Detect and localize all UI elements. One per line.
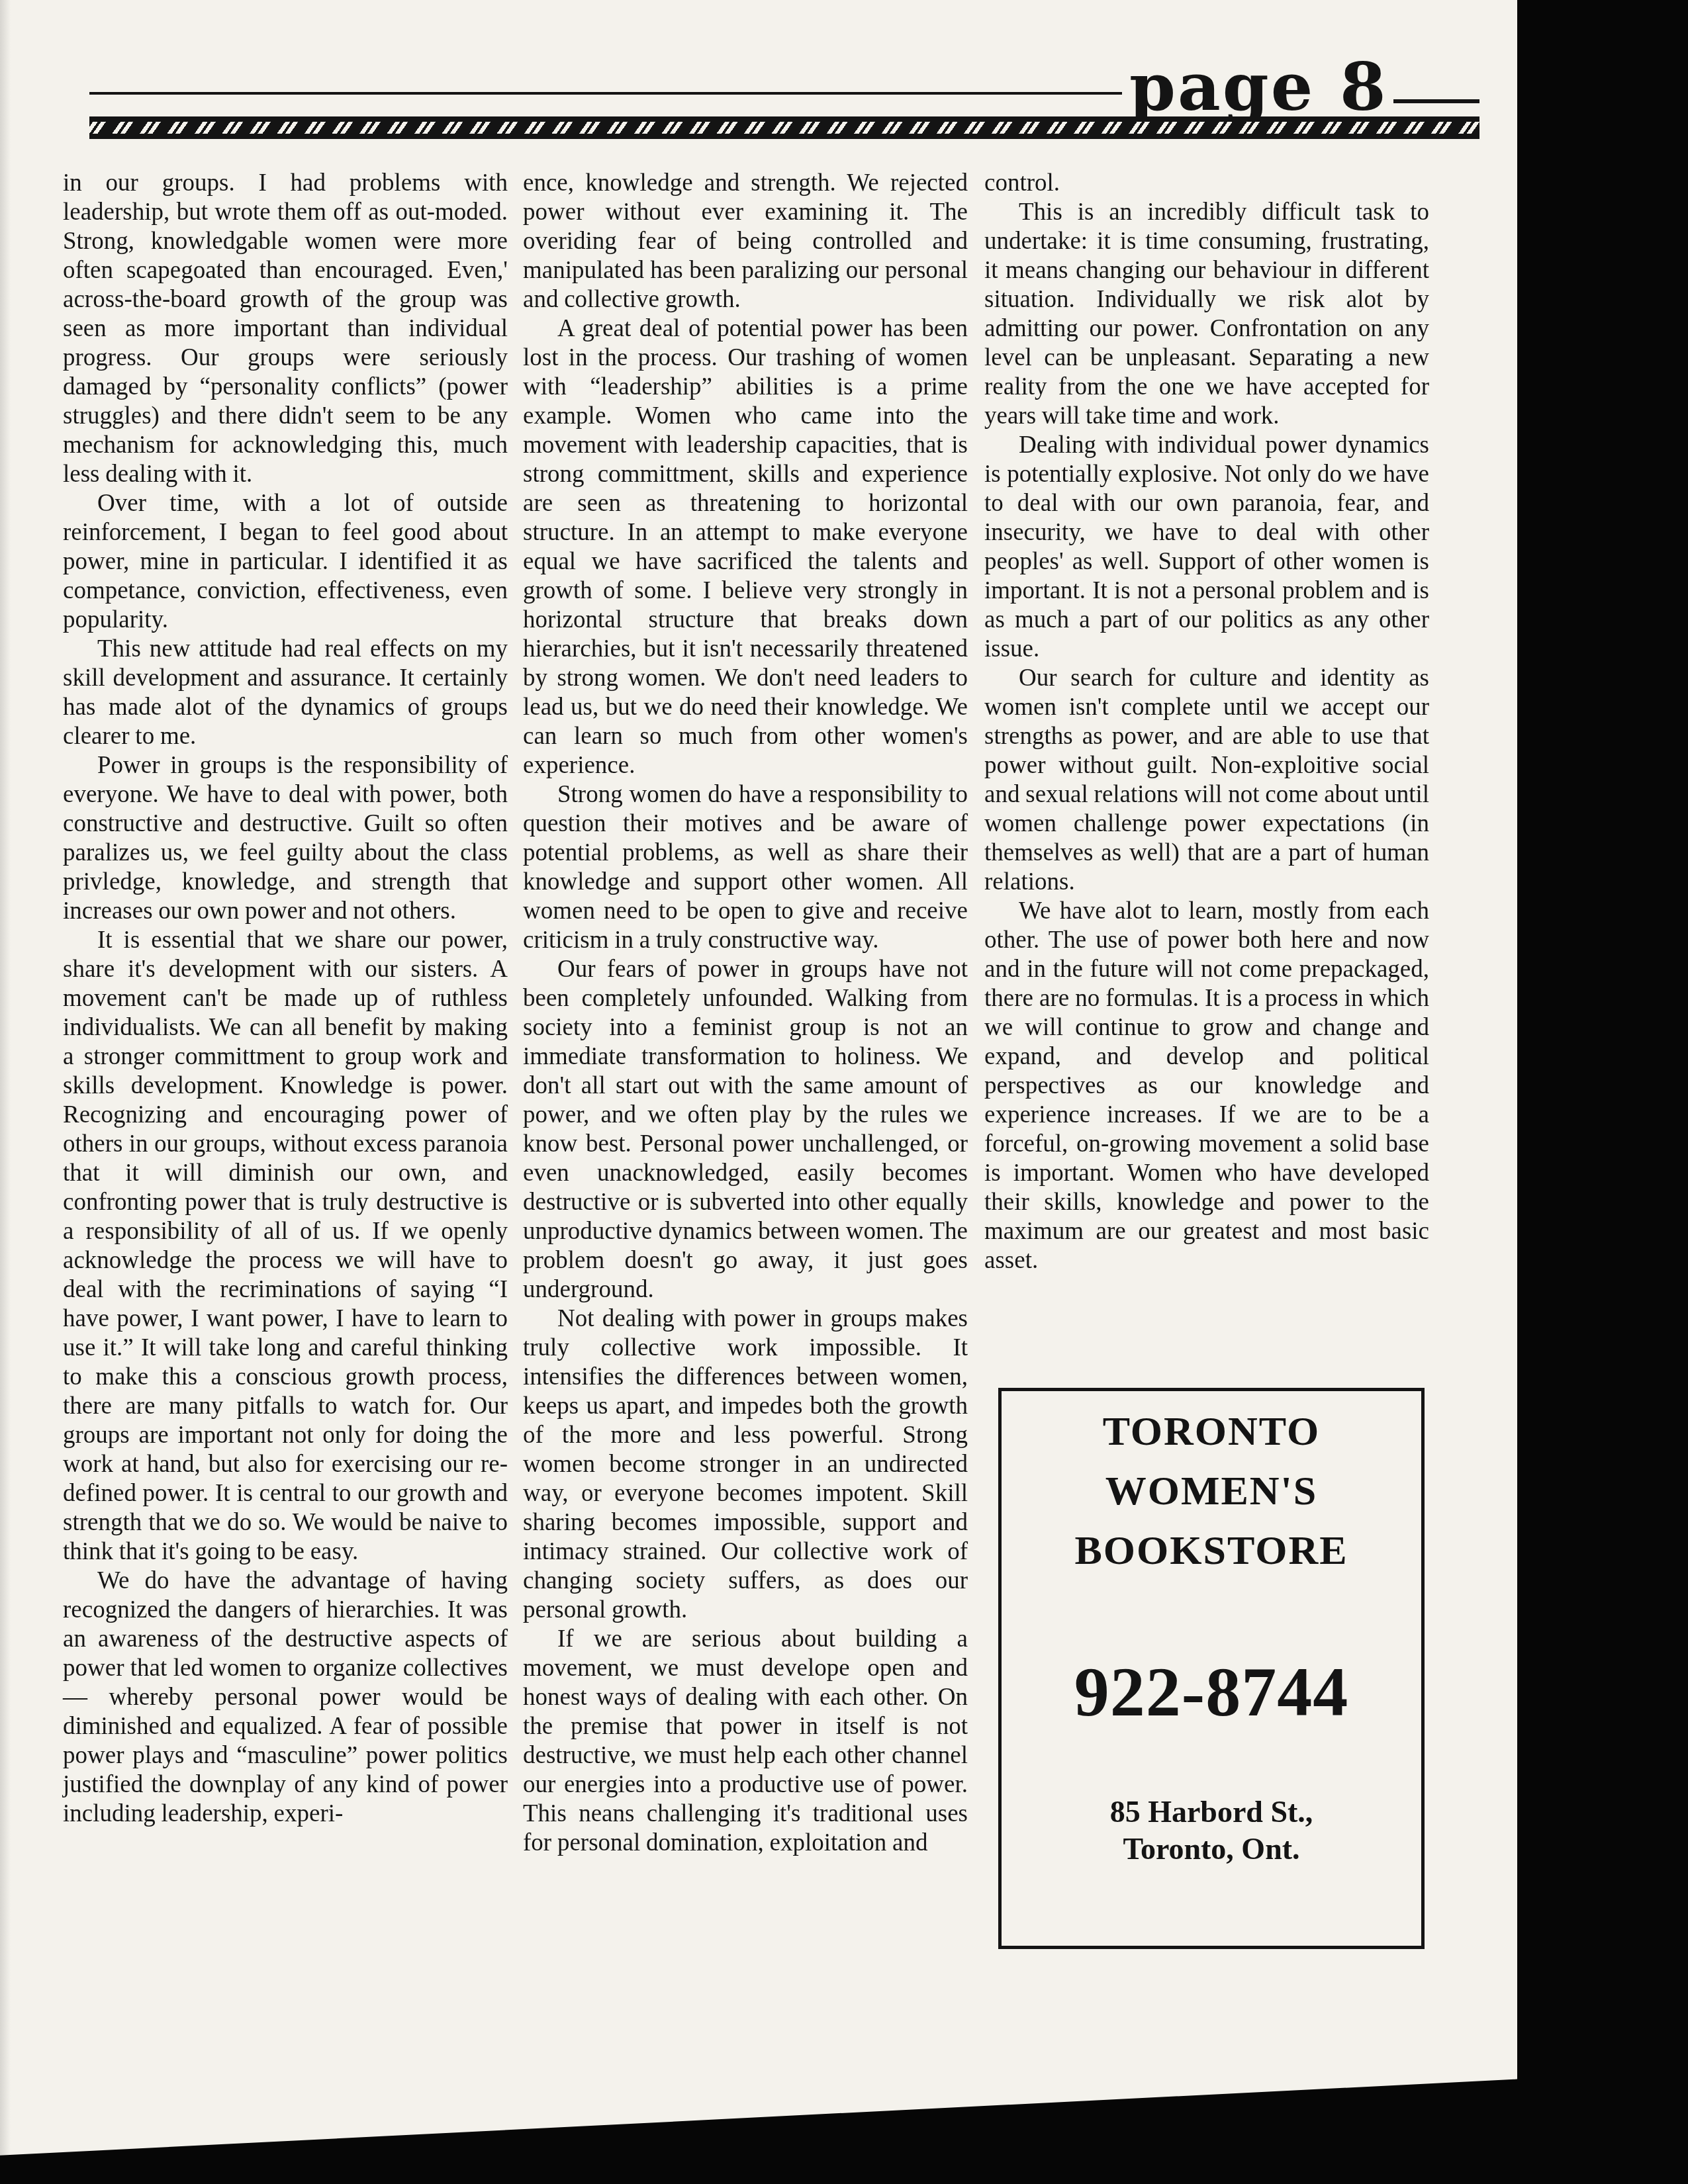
paragraph: This new attitude had real effects on my… [63, 635, 508, 751]
article-column-1: in our groups. I had problems with leade… [63, 169, 508, 1829]
article-column-2: ence, knowledge and strength. We rejecte… [523, 169, 968, 1858]
scan-edge-shade [0, 0, 11, 2184]
bookstore-ad-address-line2: Toronto, Ont. [1002, 1831, 1421, 1868]
paragraph: Dealing with individual power dynamics i… [984, 431, 1429, 664]
paragraph: Power in groups is the responsibility of… [63, 751, 508, 926]
paragraph: Over time, with a lot of outside reinfor… [63, 489, 508, 635]
paragraph: If we are serious about building a movem… [523, 1625, 968, 1858]
bookstore-ad-phone: 922-8744 [1002, 1657, 1421, 1727]
paragraph: control. [984, 169, 1429, 198]
paragraph: It is essential that we share our power,… [63, 926, 508, 1567]
paragraph: We have alot to learn, mostly from each … [984, 897, 1429, 1275]
paragraph: Our fears of power in groups have not be… [523, 955, 968, 1304]
bookstore-ad-address: 85 Harbord St., Toronto, Ont. [1002, 1794, 1421, 1868]
paragraph: TORONTO [1002, 1411, 1421, 1452]
paragraph: This is an incredibly difficult task to … [984, 198, 1429, 431]
paragraph: Our search for culture and identity as w… [984, 664, 1429, 897]
article-column-3: control.This is an incredibly difficult … [984, 169, 1429, 1275]
page-number-label: page 8 [1129, 48, 1388, 126]
paragraph: A great deal of potential power has been… [523, 314, 968, 780]
header-rule-left [89, 92, 1122, 95]
bookstore-ad: TORONTOWOMEN'SBOOKSTORE 922-8744 85 Harb… [998, 1388, 1425, 1949]
paragraph: WOMEN'S [1002, 1471, 1421, 1512]
paragraph: Not dealing with power in groups makes t… [523, 1304, 968, 1625]
bookstore-ad-title: TORONTOWOMEN'SBOOKSTORE [1002, 1391, 1421, 1571]
paragraph: BOOKSTORE [1002, 1530, 1421, 1571]
decorative-rope-border [89, 116, 1479, 139]
paragraph: Strong women do have a responsibility to… [523, 780, 968, 955]
paragraph: in our groups. I had problems with leade… [63, 169, 508, 489]
bookstore-ad-address-line1: 85 Harbord St., [1002, 1794, 1421, 1831]
header-rule-right [1393, 99, 1479, 103]
scan-bottom-edge [0, 2065, 1517, 2184]
paragraph: We do have the advantage of having recog… [63, 1567, 508, 1829]
scanned-newspaper-page: page 8 in our groups. I had problems wit… [0, 0, 1517, 2184]
paragraph: ence, knowledge and strength. We rejecte… [523, 169, 968, 314]
